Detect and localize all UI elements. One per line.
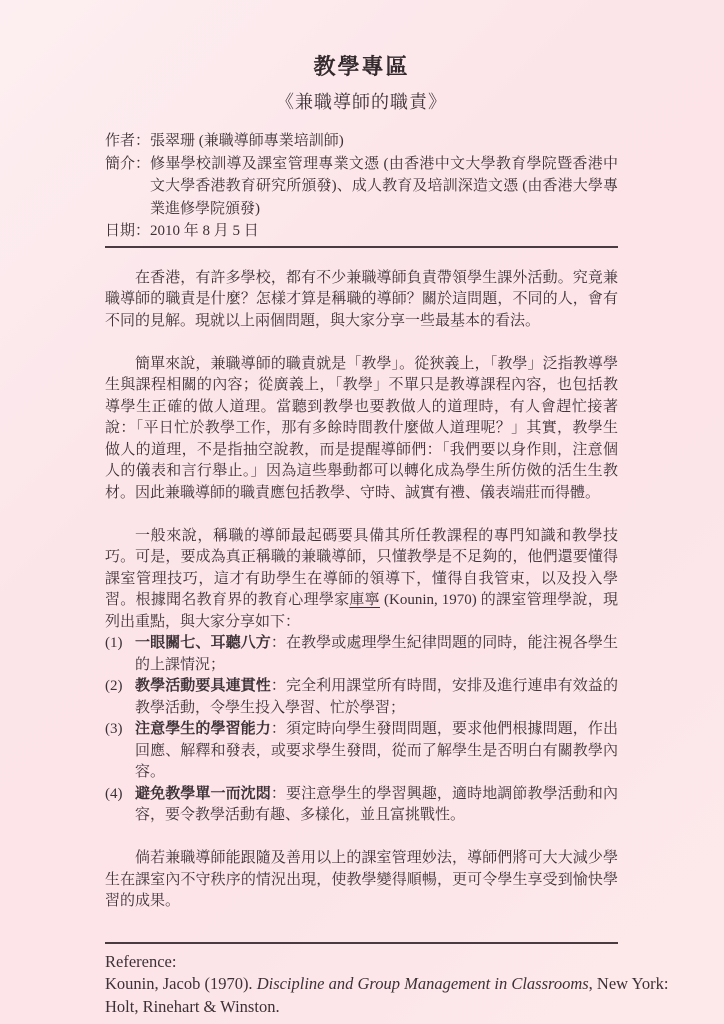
date-label: 日期： xyxy=(105,220,150,243)
page-title: 教學專區 xyxy=(105,0,618,82)
paragraph-teaching-duty: 簡單來說，兼職導師的職責就是「教學」。從狹義上，「教學」泛指教導學生與課程相關的… xyxy=(105,354,618,505)
article-body: 在香港，有許多學校，都有不少兼職導師負責帶領學生課外活動。究竟兼職導師的職責是什… xyxy=(105,268,618,913)
author-label: 作者： xyxy=(105,130,150,153)
paragraph-intro: 在香港，有許多學校，都有不少兼職導師負責帶領學生課外活動。究竟兼職導師的職責是什… xyxy=(105,268,618,333)
citation-publisher-city: , New York: xyxy=(589,974,669,993)
list-item-4-text: 避免教學單一而沈悶：要注意學生的學習興趣，適時地調節教學活動和內容，要令教學活動… xyxy=(135,784,618,827)
list-item-1-text: 一眼關七、耳聽八方：在教學或處理學生紀律問題的同時，能注視各學生的上課情況； xyxy=(135,633,618,676)
meta-author-row: 作者： 張翠珊 (兼職導師專業培訓師) xyxy=(105,130,618,153)
intro-label: 簡介： xyxy=(105,153,150,221)
reference-citation: Kounin, Jacob (1970). Discipline and Gro… xyxy=(105,973,690,1018)
list-item-2: (2) 教學活動要具連貫性：完全利用課堂所有時間，安排及進行連串有效益的教學活動… xyxy=(105,676,618,719)
paragraph-kounin: 一般來說，稱職的導師最起碼要具備其所任教課程的專門知識和教學技巧。可是，要成為真… xyxy=(105,526,618,634)
document-content: 教學專區 《兼職導師的職責》 作者： 張翠珊 (兼職導師專業培訓師) 簡介： 修… xyxy=(105,0,618,1018)
management-points-list: (1) 一眼關七、耳聽八方：在教學或處理學生紀律問題的同時，能注視各學生的上課情… xyxy=(105,633,618,827)
list-item-1-number: (1) xyxy=(105,633,135,676)
list-item-4-number: (4) xyxy=(105,784,135,827)
list-item-3-number: (3) xyxy=(105,719,135,784)
list-item-3: (3) 注意學生的學習能力：須定時向學生發問問題，要求他們根據問題，作出回應、解… xyxy=(105,719,618,784)
list-item-1-heading: 一眼關七、耳聽八方 xyxy=(135,635,271,651)
document-page: 教學專區 《兼職導師的職責》 作者： 張翠珊 (兼職導師專業培訓師) 簡介： 修… xyxy=(0,0,724,1024)
kounin-name-underlined: 庫寧 xyxy=(349,592,380,608)
list-item-2-heading: 教學活動要具連貫性 xyxy=(135,678,271,694)
article-subtitle: 《兼職導師的職責》 xyxy=(105,90,618,114)
meta-block: 作者： 張翠珊 (兼職導師專業培訓師) 簡介： 修畢學校訓導及課室管理專業文憑 … xyxy=(105,130,618,243)
list-item-4-heading: 避免教學單一而沈悶 xyxy=(135,786,271,802)
intro-value: 修畢學校訓導及課室管理專業文憑 (由香港中文大學教育學院暨香港中文大學香港教育研… xyxy=(150,153,618,221)
list-item-4: (4) 避免教學單一而沈悶：要注意學生的學習興趣，適時地調節教學活動和內容，要令… xyxy=(105,784,618,827)
citation-publisher: Holt, Rinehart & Winston. xyxy=(105,997,280,1016)
header-divider xyxy=(105,246,618,248)
list-item-2-separator: ： xyxy=(271,678,286,694)
citation-authors: Kounin, Jacob (1970). xyxy=(105,974,257,993)
meta-date-row: 日期： 2010 年 8 月 5 日 xyxy=(105,220,618,243)
list-item-3-separator: ： xyxy=(271,721,286,737)
list-item-3-text: 注意學生的學習能力：須定時向學生發問問題，要求他們根據問題，作出回應、解釋和發表… xyxy=(135,719,618,784)
list-item-2-number: (2) xyxy=(105,676,135,719)
list-item-1: (1) 一眼關七、耳聽八方：在教學或處理學生紀律問題的同時，能注視各學生的上課情… xyxy=(105,633,618,676)
closing-paragraph: 倘若兼職導師能跟隨及善用以上的課室管理妙法，導師們將可大大減少學生在課室內不守秩… xyxy=(105,848,618,913)
meta-intro-row: 簡介： 修畢學校訓導及課室管理專業文憑 (由香港中文大學教育學院暨香港中文大學香… xyxy=(105,153,618,221)
list-item-2-text: 教學活動要具連貫性：完全利用課堂所有時間，安排及進行連串有效益的教學活動，令學生… xyxy=(135,676,618,719)
date-value: 2010 年 8 月 5 日 xyxy=(150,220,618,243)
reference-section: Reference: Kounin, Jacob (1970). Discipl… xyxy=(105,951,690,1019)
reference-divider xyxy=(105,942,618,944)
citation-book-title: Discipline and Group Management in Class… xyxy=(257,974,589,993)
list-item-1-separator: ： xyxy=(271,635,286,651)
list-item-3-heading: 注意學生的學習能力 xyxy=(135,721,271,737)
list-item-4-separator: ： xyxy=(271,786,286,802)
reference-label: Reference: xyxy=(105,951,690,974)
author-value: 張翠珊 (兼職導師專業培訓師) xyxy=(150,130,618,153)
